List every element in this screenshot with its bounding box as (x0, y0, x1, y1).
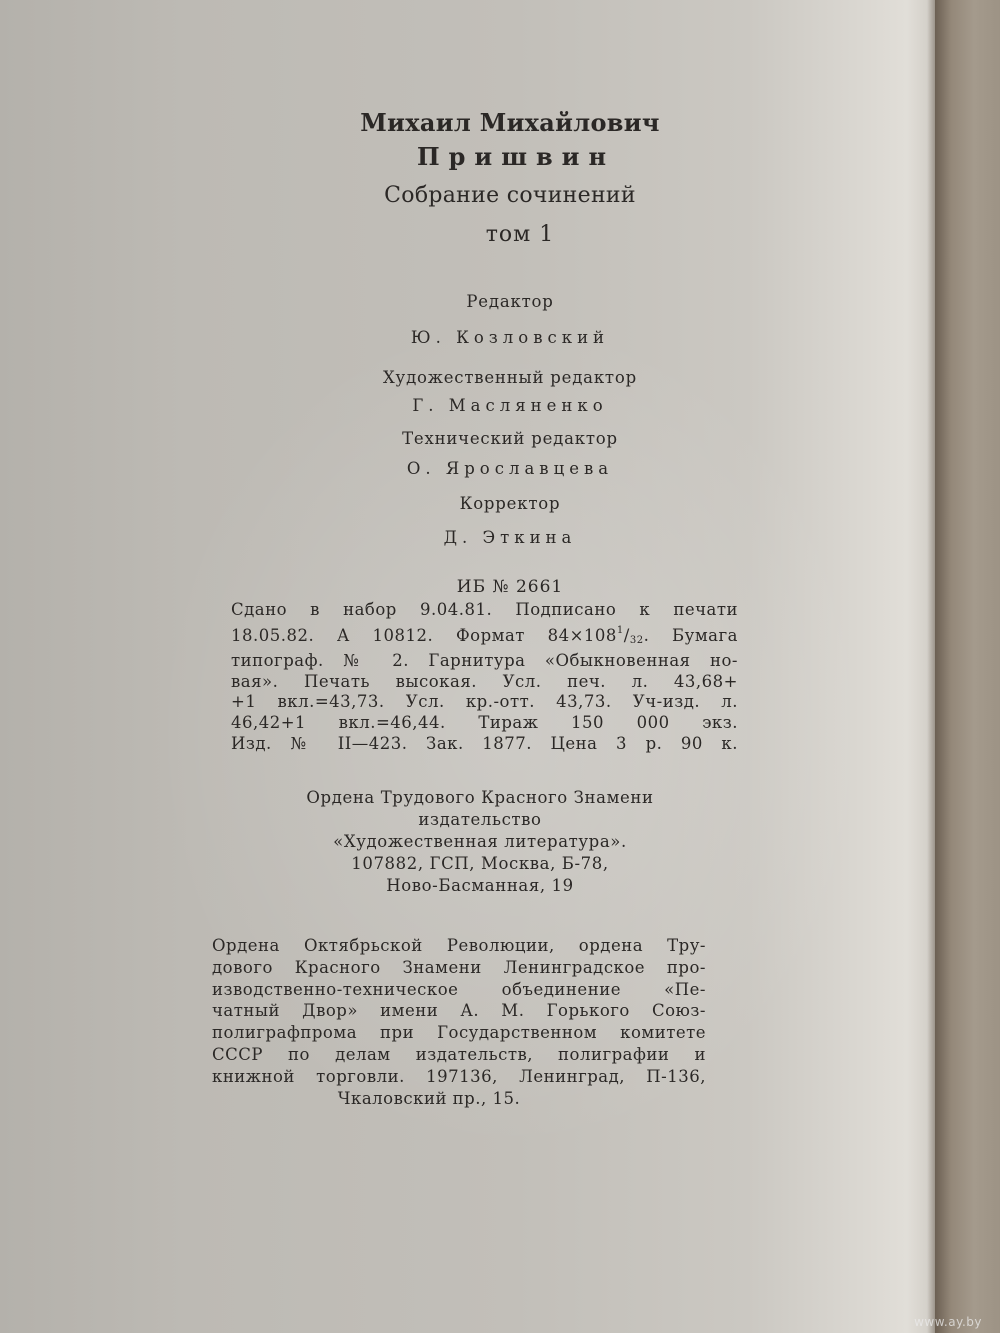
printer-line: изводственно-техническое объединение «Пе… (212, 979, 706, 1001)
watermark: www.ay.by (914, 1315, 982, 1329)
credit-role-art-editor: Художественный редактор (230, 368, 790, 387)
printer-line: Чкаловский пр., 15. (212, 1088, 706, 1110)
publisher-name: «Художественная литература». (230, 831, 730, 853)
printer-line: полиграфпрома при Государственном комите… (212, 1022, 706, 1044)
author-name: Михаил Михайлович (250, 108, 770, 137)
printer-block: Ордена Октябрьской Революции, ордена Тру… (212, 935, 706, 1109)
adjacent-page-edge (935, 0, 1000, 1333)
printer-line: Ордена Октябрьской Революции, ордена Тру… (212, 935, 706, 957)
book-page: Михаил Михайлович Пришвин Собрание сочин… (0, 0, 935, 1333)
imprint-line: вая». Печать высокая. Усл. печ. л. 43,68… (231, 672, 738, 693)
credit-name-tech-editor: О. Ярославцева (230, 459, 790, 478)
printer-line: книжной торговли. 197136, Ленинград, П-1… (212, 1066, 706, 1088)
imprint-format-text: 18.05.82. А 10812. Формат 84×108 (231, 626, 617, 645)
imprint-line: +1 вкл.=43,73. Усл. кр.-отт. 43,73. Уч-и… (231, 692, 738, 713)
author-surname: Пришвин (250, 142, 776, 171)
credit-name-proofreader: Д. Эткина (230, 528, 790, 547)
imprint-line: Изд. № II—423. Зак. 1877. Цена 3 р. 90 к… (231, 734, 738, 755)
imprint-line: 46,42+1 вкл.=46,44. Тираж 150 000 экз. (231, 713, 738, 734)
printer-line: чатный Двор» имени А. М. Горького Союз- (212, 1000, 706, 1022)
imprint-block: Сдано в набор 9.04.81. Подписано к печат… (231, 600, 738, 754)
imprint-line: типограф. № 2. Гарнитура «Обыкновенная н… (231, 651, 738, 672)
printer-line: дового Красного Знамени Ленинградское пр… (212, 957, 706, 979)
publisher-line: издательство (230, 809, 730, 831)
credit-name-art-editor: Г. Масляненко (230, 396, 790, 415)
credit-name-editor: Ю. Козловский (230, 328, 790, 347)
publisher-block: Ордена Трудового Красного Знамени издате… (230, 787, 730, 897)
imprint-line-format: 18.05.82. А 10812. Формат 84×1081/32. Бу… (231, 621, 738, 652)
credit-role-proofreader: Корректор (230, 494, 790, 513)
series-title: Собрание сочинений (250, 183, 770, 208)
imprint-format-suffix: . Бумага (644, 626, 738, 645)
printer-line: СССР по делам издательств, полиграфии и (212, 1044, 706, 1066)
volume-label: том 1 (250, 222, 780, 247)
imprint-line: Сдано в набор 9.04.81. Подписано к печат… (231, 600, 738, 621)
publisher-address: 107882, ГСП, Москва, Б-78, (230, 853, 730, 875)
credit-role-tech-editor: Технический редактор (230, 429, 790, 448)
ib-number: ИБ № 2661 (230, 577, 790, 597)
format-fraction-numerator: 1 (617, 625, 624, 636)
format-fraction-denominator: 32 (630, 635, 644, 646)
publisher-line: Ордена Трудового Красного Знамени (230, 787, 730, 809)
credit-role-editor: Редактор (230, 292, 790, 311)
publisher-street: Ново-Басманная, 19 (230, 875, 730, 897)
